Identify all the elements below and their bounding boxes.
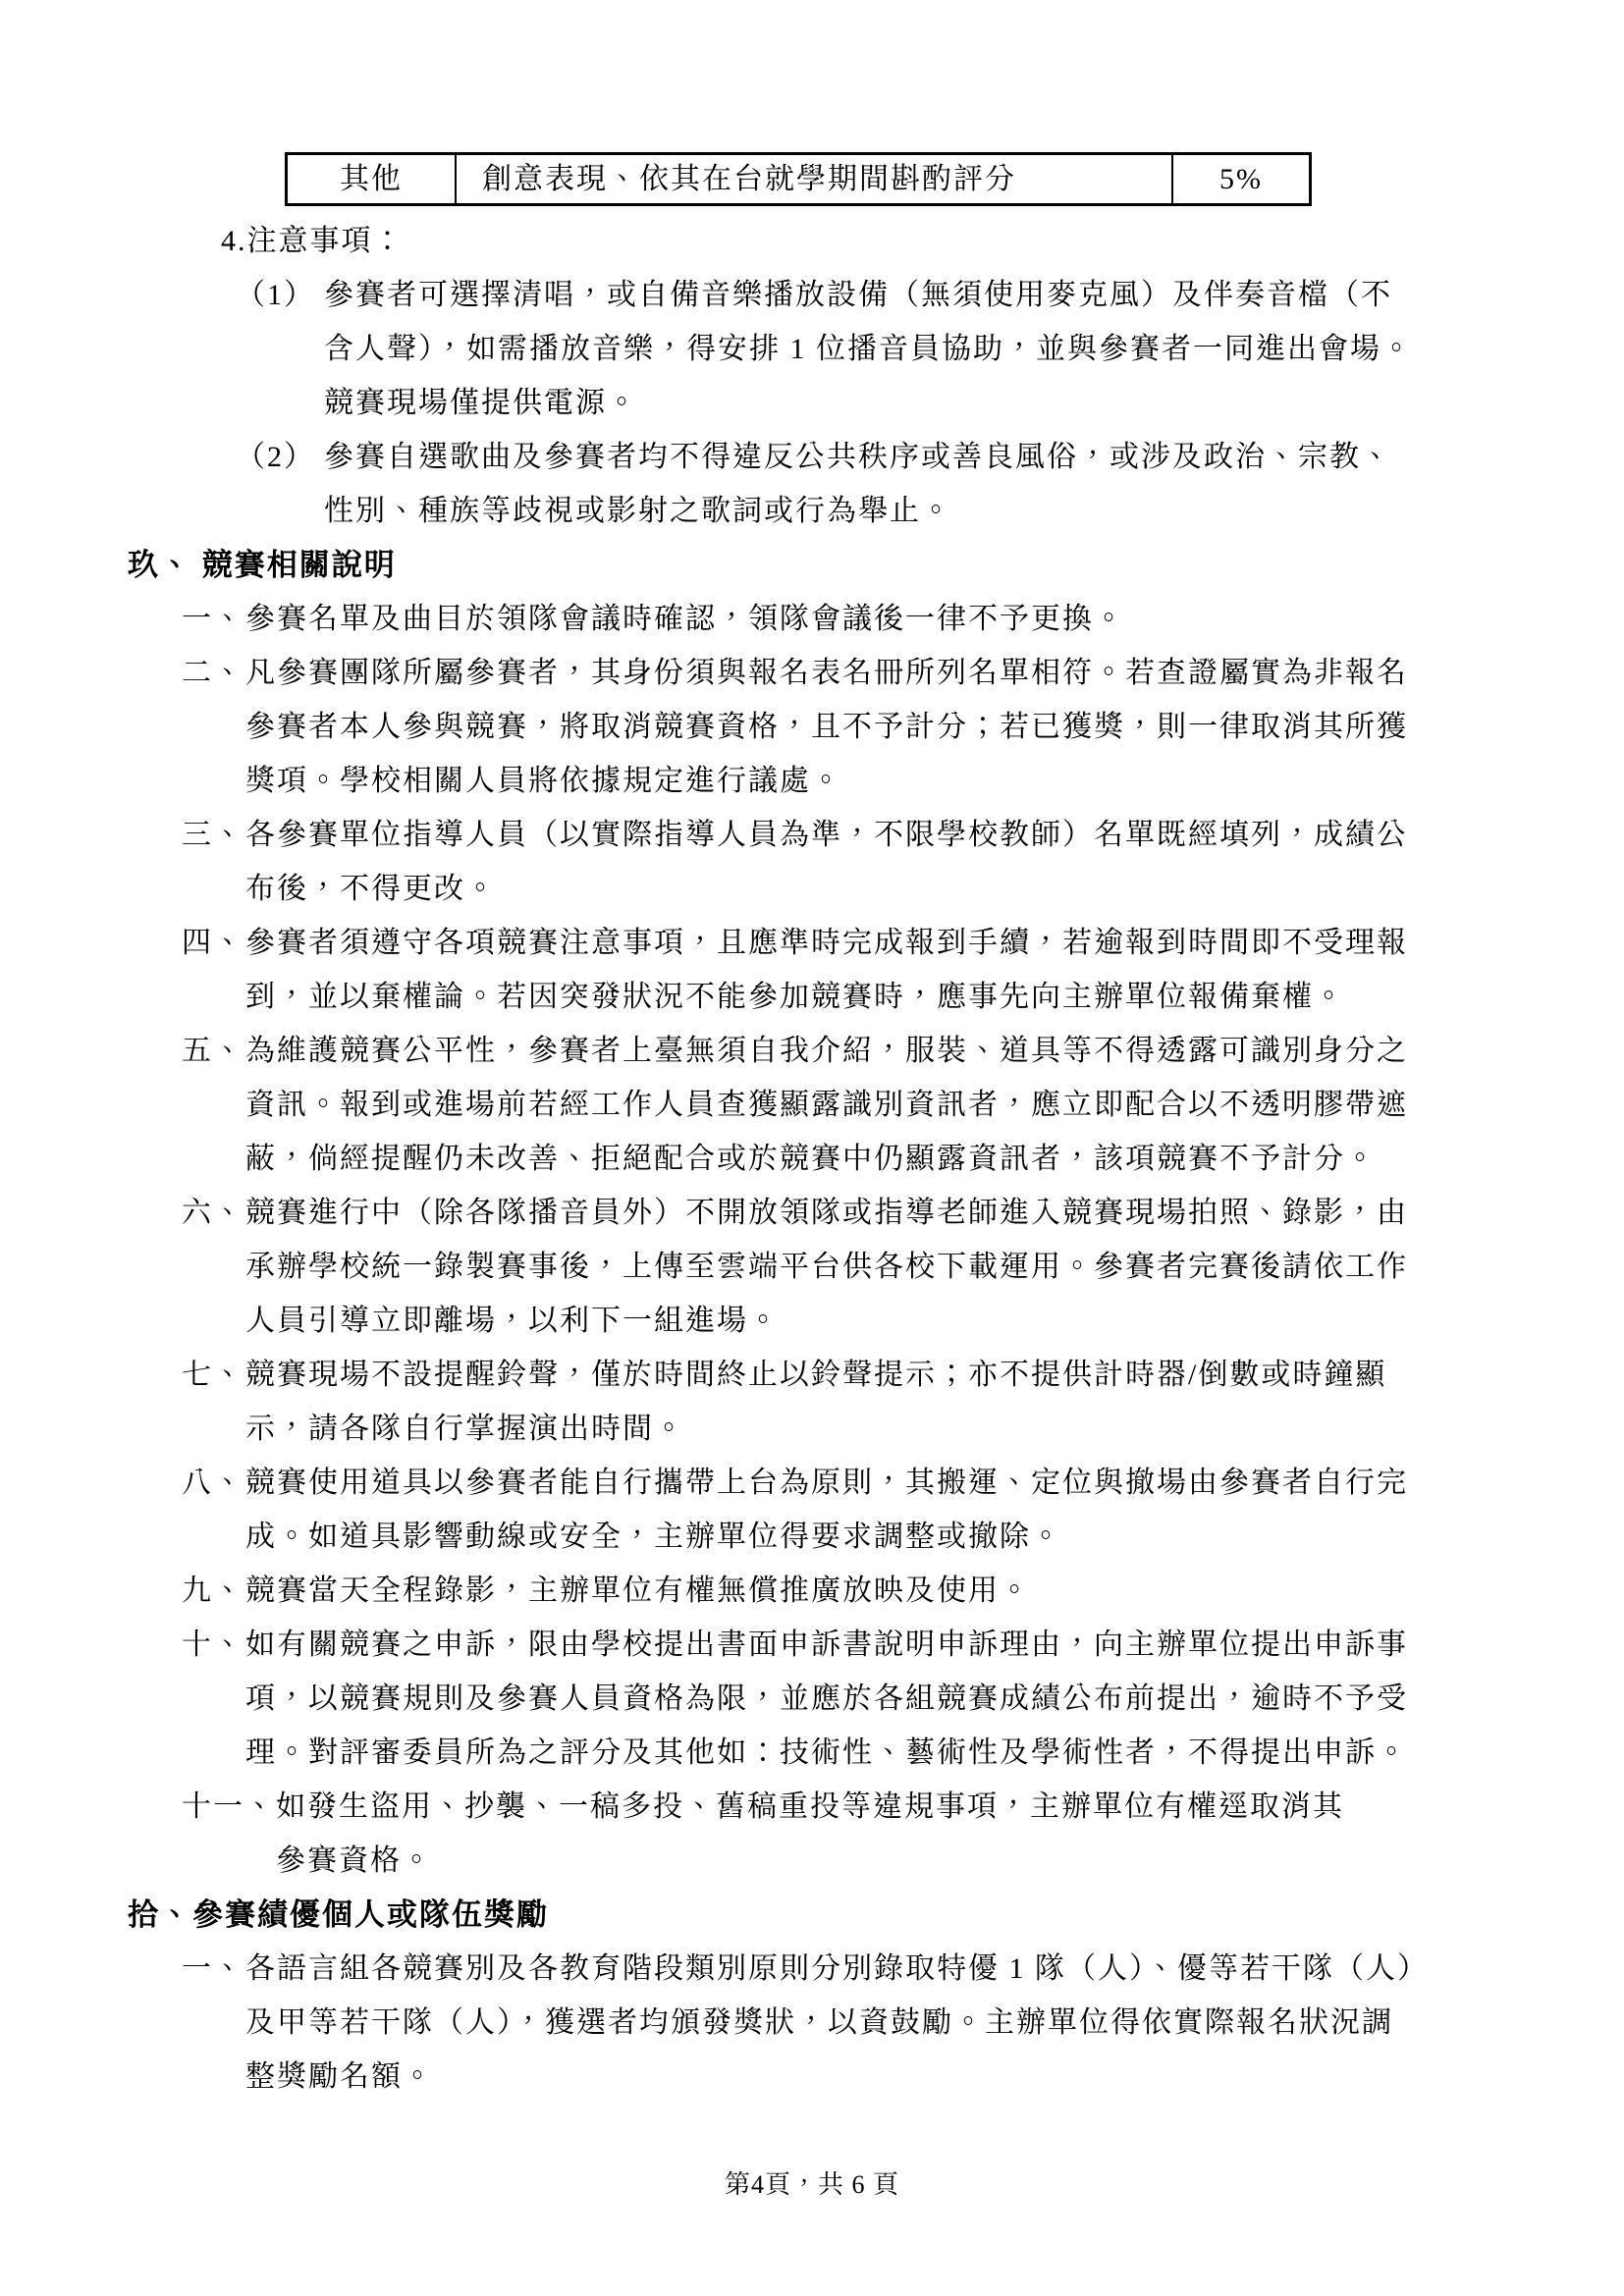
list-item-10-1: 一、 各語言組各競賽別及各教育階段類別原則分別錄取特優 1 隊（人）、優等若干隊… (182, 1942, 1624, 2104)
list-marker: 四、 (182, 916, 245, 1024)
document-content: 其他 創意表現、依其在台就學期間斟酌評分 5% 4.注意事項： （1） 參賽者可… (0, 152, 1624, 2104)
list-item-9-1: 一、 參賽名單及曲目於領隊會議時確認，領隊會議後一律不予更換。 (182, 592, 1624, 646)
list-item-9-5: 五、 為維護競賽公平性，參賽者上臺無須自我介紹，服裝、道具等不得透露可識別身分之… (182, 1024, 1624, 1186)
list-item-9-3: 三、 各參賽單位指導人員（以實際指導人員為準，不限學校教師）名單既經填列，成績公… (182, 808, 1624, 916)
list-item-9-6: 六、 競賽進行中（除各隊播音員外）不開放領隊或指導老師進入競賽現場拍照、錄影，由… (182, 1186, 1624, 1348)
table-row: 其他 創意表現、依其在台就學期間斟酌評分 5% (288, 155, 1309, 203)
score-table: 其他 創意表現、依其在台就學期間斟酌評分 5% (285, 152, 1312, 206)
list-marker: 一、 (182, 1942, 245, 2104)
note-1-marker: （1） (236, 268, 324, 430)
list-item-text: 參賽名單及曲目於領隊會議時確認，領隊會議後一律不予更換。 (245, 592, 1125, 646)
list-item-text: 競賽使用道具以參賽者能自行攜帶上台為原則，其搬運、定位與撤場由參賽者自行完 成。… (245, 1456, 1408, 1564)
note-1-text: 參賽者可選擇清唱，或自備音樂播放設備（無須使用麥克風）及伴奏音檔（不 含人聲），… (324, 268, 1413, 430)
list-marker: 十一、 (182, 1780, 276, 1888)
list-item-9-7: 七、 競賽現場不設提醒鈴聲，僅於時間終止以鈴聲提示；亦不提供計時器/倒數或時鐘顯… (182, 1348, 1624, 1456)
list-marker: 七、 (182, 1348, 245, 1456)
list-marker: 六、 (182, 1186, 245, 1348)
section-10-heading: 拾、參賽績優個人或隊伍獎勵 (128, 1888, 1624, 1942)
list-item-9-8: 八、 競賽使用道具以參賽者能自行攜帶上台為原則，其搬運、定位與撤場由參賽者自行完… (182, 1456, 1624, 1564)
list-item-text: 凡參賽團隊所屬參賽者，其身份須與報名表名冊所列名單相符。若查證屬實為非報名 參賽… (245, 646, 1408, 808)
list-item-text: 競賽現場不設提醒鈴聲，僅於時間終止以鈴聲提示；亦不提供計時器/倒數或時鐘顯 示，… (245, 1348, 1386, 1456)
notes-heading: 4.注意事項： (221, 214, 1624, 268)
note-item-2: （2） 參賽自選歌曲及參賽者均不得違反公共秩序或善良風俗，或涉及政治、宗教、 性… (236, 430, 1624, 538)
note-2-marker: （2） (236, 430, 324, 538)
list-item-text: 競賽當天全程錄影，主辦單位有權無償推廣放映及使用。 (245, 1564, 1031, 1618)
list-item-text: 競賽進行中（除各隊播音員外）不開放領隊或指導老師進入競賽現場拍照、錄影，由 承辦… (245, 1186, 1408, 1348)
note-item-1: （1） 參賽者可選擇清唱，或自備音樂播放設備（無須使用麥克風）及伴奏音檔（不 含… (236, 268, 1624, 430)
list-marker: 十、 (182, 1618, 245, 1780)
list-item-text: 如有關競賽之申訴，限由學校提出書面申訴書說明申訴理由，向主辦單位提出申訴事 項，… (245, 1618, 1408, 1780)
list-item-text: 如發生盜用、抄襲、一稿多投、舊稿重投等違規事項，主辦單位有權逕取消其 參賽資格。 (276, 1780, 1344, 1888)
list-marker: 一、 (182, 592, 245, 646)
note-2-text: 參賽自選歌曲及參賽者均不得違反公共秩序或善良風俗，或涉及政治、宗教、 性別、種族… (324, 430, 1392, 538)
list-marker: 三、 (182, 808, 245, 916)
list-item-text: 各參賽單位指導人員（以實際指導人員為準，不限學校教師）名單既經填列，成績公 布後… (245, 808, 1408, 916)
list-item-9-4: 四、 參賽者須遵守各項競賽注意事項，且應準時完成報到手續，若逾報到時間即不受理報… (182, 916, 1624, 1024)
list-marker: 五、 (182, 1024, 245, 1186)
list-item-9-9: 九、 競賽當天全程錄影，主辦單位有權無償推廣放映及使用。 (182, 1564, 1624, 1618)
list-item-9-2: 二、 凡參賽團隊所屬參賽者，其身份須與報名表名冊所列名單相符。若查證屬實為非報名… (182, 646, 1624, 808)
table-cell-percentage: 5% (1171, 155, 1309, 203)
section-9-heading: 玖、 競賽相關說明 (128, 538, 1624, 592)
list-marker: 八、 (182, 1456, 245, 1564)
document-page: 其他 創意表現、依其在台就學期間斟酌評分 5% 4.注意事項： （1） 參賽者可… (0, 0, 1624, 2296)
list-item-text: 為維護競賽公平性，參賽者上臺無須自我介紹，服裝、道具等不得透露可識別身分之 資訊… (245, 1024, 1408, 1186)
list-marker: 九、 (182, 1564, 245, 1618)
list-item-9-11: 十一、 如發生盜用、抄襲、一稿多投、舊稿重投等違規事項，主辦單位有權逕取消其 參… (182, 1780, 1624, 1888)
list-item-9-10: 十、 如有關競賽之申訴，限由學校提出書面申訴書說明申訴理由，向主辦單位提出申訴事… (182, 1618, 1624, 1780)
list-item-text: 各語言組各競賽別及各教育階段類別原則分別錄取特優 1 隊（人）、優等若干隊（人）… (245, 1942, 1429, 2104)
table-cell-description: 創意表現、依其在台就學期間斟酌評分 (455, 155, 1171, 203)
page-footer: 第4頁，共 6 頁 (0, 2158, 1624, 2212)
list-marker: 二、 (182, 646, 245, 808)
table-cell-category: 其他 (288, 155, 455, 203)
list-item-text: 參賽者須遵守各項競賽注意事項，且應準時完成報到手續，若逾報到時間即不受理報 到，… (245, 916, 1408, 1024)
